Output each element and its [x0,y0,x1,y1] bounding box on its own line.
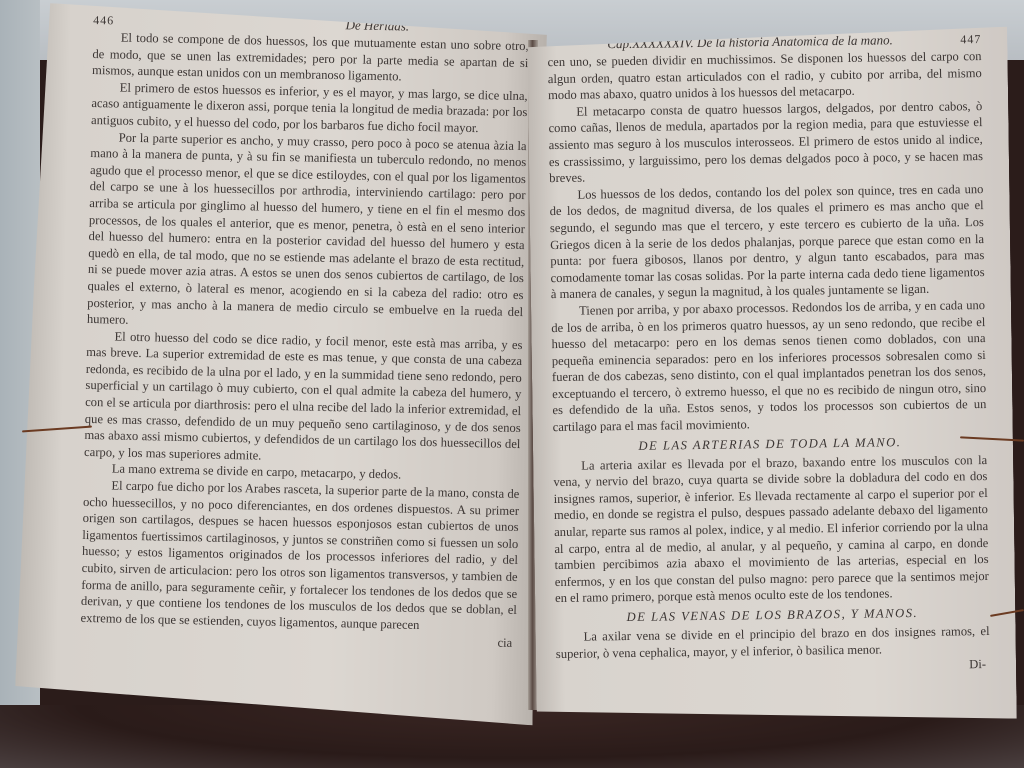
left-running-title: De Heridas. [345,17,409,34]
right-page: Cap.XXXXXXIV. De la historia Anatomica d… [527,27,1017,726]
right-folio: 447 [960,31,981,47]
right-body-text: cen uno, se pueden dividir en muchissimo… [547,48,989,662]
paragraph: La arteria axilar es llevada por el braz… [553,452,989,607]
left-page: 446 De Heridas. El todo se compone de do… [15,3,548,726]
paragraph: El metacarpo consta de quatro huessos la… [548,98,983,187]
paragraph: El otro huesso del codo se dice radio, y… [84,328,523,470]
paragraph: El todo se compone de dos huessos, los q… [92,29,529,88]
left-body-text: El todo se compone de dos huessos, los q… [80,29,528,635]
paragraph: Los huessos de los dedos, contando los d… [549,181,985,303]
paragraph: El primero de estos huessos es inferior,… [91,79,528,138]
left-folio: 446 [93,12,114,28]
open-book: 446 De Heridas. El todo se compone de do… [0,0,1024,768]
paragraph: Tienen por arriba, y por abaxo processos… [551,297,987,436]
paragraph: cen uno, se pueden dividir en muchissimo… [547,48,982,104]
paragraph: Por la parte superior es ancho, y muy cr… [87,129,527,337]
paragraph: El carpo fue dicho por los Arabes rascet… [80,477,519,635]
